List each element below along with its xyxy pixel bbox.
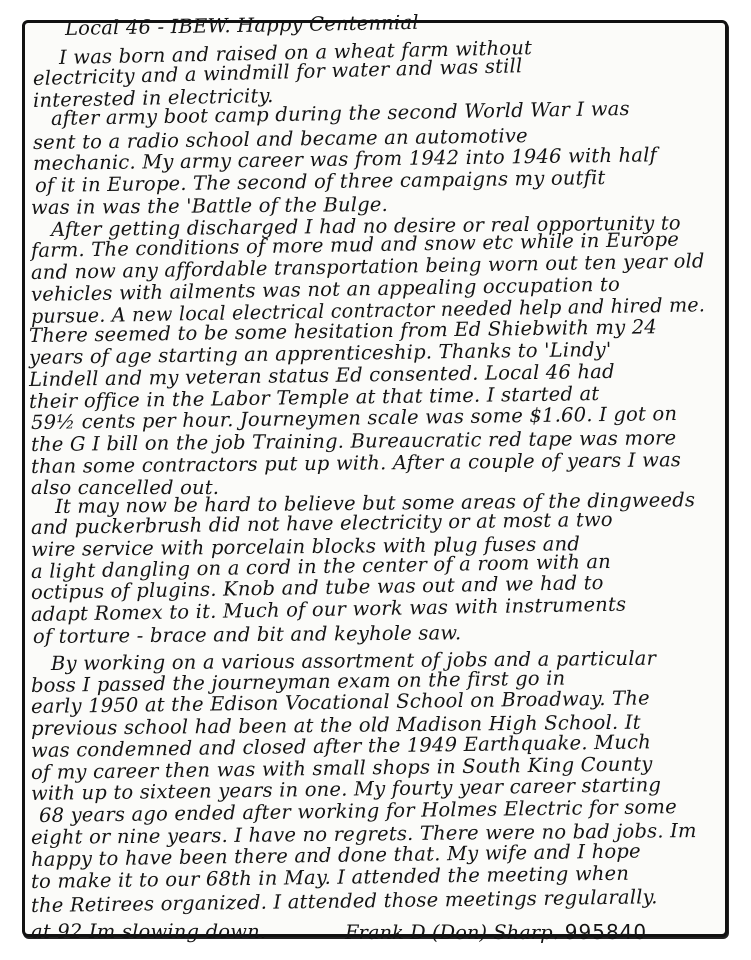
signature-name: Frank D (Don) Sharp.: [345, 921, 559, 944]
signature: Frank D (Don) Sharp.995840: [345, 920, 647, 944]
letter-page: Local 46 - IBEW. Happy Centennial I was …: [22, 20, 728, 937]
letter-heading: Local 46 - IBEW. Happy Centennial: [65, 11, 419, 40]
letter-line: of torture - brace and bit and keyhole s…: [33, 621, 462, 648]
letter-body: Local 46 - IBEW. Happy Centennial I was …: [25, 23, 725, 934]
letter-closing-line: at 92 Im slowing down.: [31, 920, 266, 943]
member-number: 995840: [565, 920, 647, 944]
